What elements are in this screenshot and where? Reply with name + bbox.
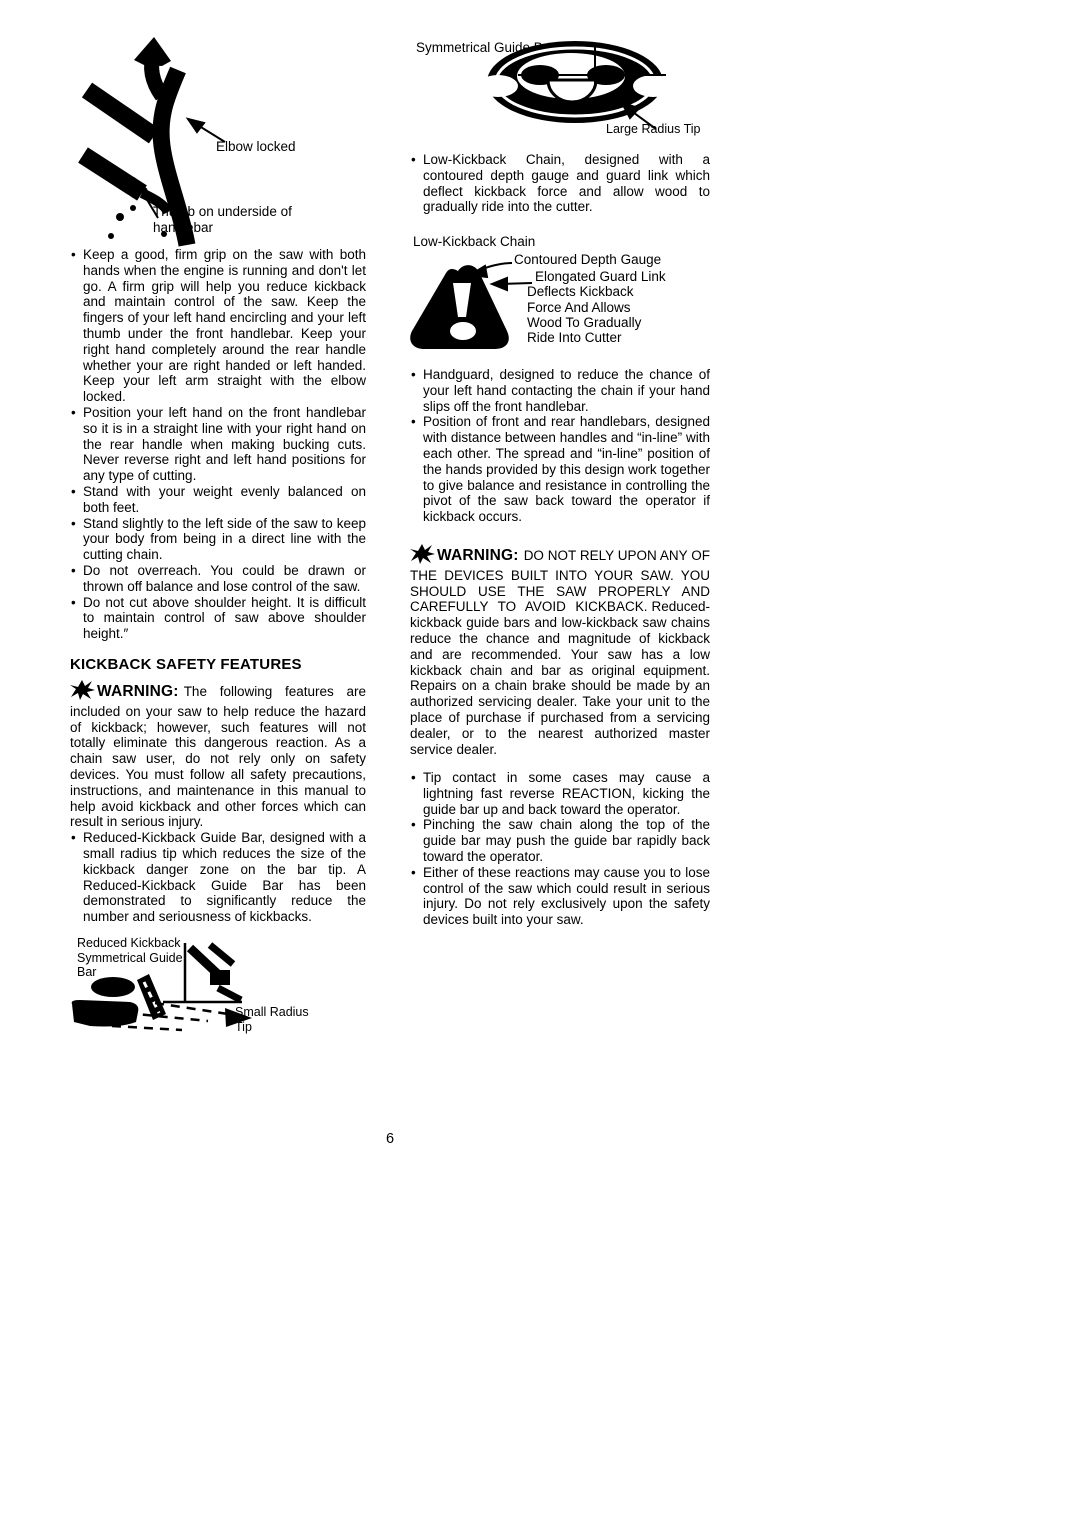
bullet-no-overreach: Do not overreach. You could be drawn or … xyxy=(70,563,366,595)
right-column-mid-bullets: Handguard, designed to reduce the chance… xyxy=(410,367,710,525)
guard-link-line: Force And Allows xyxy=(527,300,666,315)
guard-link-line: Deflects Kickback xyxy=(527,284,666,299)
bullet-firm-grip: Keep a good, firm grip on the saw with b… xyxy=(70,247,366,405)
right-column-warning: WARNING:DO NOT RELY UPON ANY OF THE DEVI… xyxy=(410,543,710,757)
bullet-hand-position: Position your left hand on the front han… xyxy=(70,405,366,484)
bullet-handguard: Handguard, designed to reduce the chance… xyxy=(410,367,710,414)
kickback-safety-section: KICKBACK SAFETY FEATURES WARNING:The fol… xyxy=(70,653,366,925)
bullet-pinching-chain: Pinching the saw chain along the top of … xyxy=(410,817,710,864)
elbow-locked-label: Elbow locked xyxy=(216,139,296,155)
right-column-chain-bullet: Low-Kickback Chain, designed with a cont… xyxy=(410,152,710,215)
guard-link-line: Wood To Gradually xyxy=(527,315,666,330)
thumb-underside-label: Thumb on underside of handlebar xyxy=(153,204,313,235)
warning-splash-icon xyxy=(70,679,95,704)
bullet-tip-contact: Tip contact in some cases may cause a li… xyxy=(410,770,710,817)
low-kickback-chain-title: Low-Kickback Chain xyxy=(413,234,535,250)
guard-link-line: Elongated Guard Link xyxy=(535,269,666,284)
bullet-weight-balanced: Stand with your weight evenly balanced o… xyxy=(70,484,366,516)
left-column-safety-bullets: Keep a good, firm grip on the saw with b… xyxy=(70,247,366,642)
warning-label: WARNING: xyxy=(437,547,519,564)
warning-paragraph-devices: WARNING:DO NOT RELY UPON ANY OF THE DEVI… xyxy=(410,543,710,757)
right-column-bottom-bullets: Tip contact in some cases may cause a li… xyxy=(410,770,710,928)
guard-link-line: Ride Into Cutter xyxy=(527,330,666,345)
kickback-safety-heading: KICKBACK SAFETY FEATURES xyxy=(70,655,366,674)
bullet-shoulder-height: Do not cut above shoulder height. It is … xyxy=(70,595,366,642)
bullet-low-kickback-chain: Low-Kickback Chain, designed with a cont… xyxy=(410,152,710,215)
warning-paragraph-features: WARNING:The following features are inclu… xyxy=(70,679,366,830)
warning-text: Reduced-kickback guide bars and low-kick… xyxy=(410,599,710,756)
reduced-bar-illustration xyxy=(60,940,330,1035)
warning-label: WARNING: xyxy=(97,683,179,700)
bullet-either-reaction: Either of these reactions may cause you … xyxy=(410,865,710,928)
bullet-stand-left: Stand slightly to the left side of the s… xyxy=(70,516,366,563)
warning-text: The following features are included on y… xyxy=(70,684,366,829)
page-number: 6 xyxy=(70,1131,710,1147)
large-radius-tip-label: Large Radius Tip xyxy=(606,122,701,137)
contoured-depth-gauge-label: Contoured Depth Gauge xyxy=(514,252,661,268)
guard-link-label-block: Elongated Guard Link Deflects Kickback F… xyxy=(527,269,666,345)
bullet-handlebar-position: Position of front and rear handlebars, d… xyxy=(410,414,710,525)
warning-splash-icon xyxy=(410,543,435,568)
bullet-reduced-kickback-bar: Reduced-Kickback Guide Bar, designed wit… xyxy=(70,830,366,925)
